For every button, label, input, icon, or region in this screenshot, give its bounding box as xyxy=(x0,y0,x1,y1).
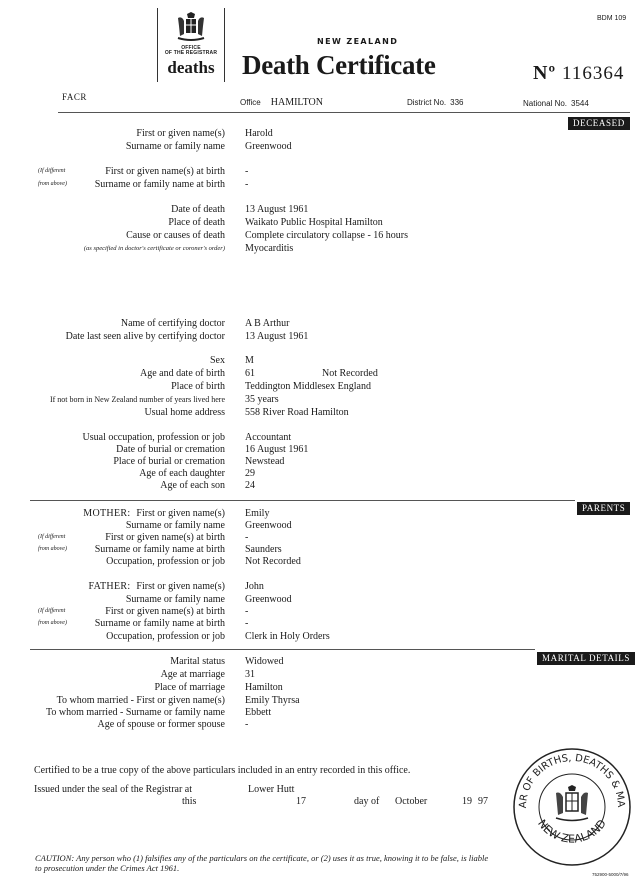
field-place-of-death: Place of death Waikato Public Hospital H… xyxy=(0,216,640,229)
marital-age: Age at marriage 31 xyxy=(0,668,640,681)
field-home-address: Usual home address 558 River Road Hamilt… xyxy=(0,406,640,419)
field-sex: Sex M xyxy=(0,354,640,367)
marital-divider xyxy=(30,649,535,650)
father-occupation: Occupation, profession or job Clerk in H… xyxy=(0,630,640,643)
office-field: Office HAMILTON xyxy=(240,92,323,110)
parents-divider xyxy=(30,500,575,501)
field-surname: Surname or family name Greenwood xyxy=(0,140,640,153)
issue-year: 97 xyxy=(478,796,488,807)
field-date-last-seen: Date last seen alive by certifying docto… xyxy=(0,330,640,343)
caution-notice: CAUTION: Any person who (1) falsifies an… xyxy=(35,853,490,873)
registrar-logo: OFFICE OF THE REGISTRAR deaths xyxy=(157,8,225,82)
seal-icon: REGISTRAR OF BIRTHS, DEATHS & MARRIAGES … xyxy=(510,745,634,869)
field-doctor-name: Name of certifying doctor A B Arthur xyxy=(0,317,640,330)
national-field: National No. 3544 xyxy=(523,93,589,111)
father-surname-birth: from above) Surname or family name at bi… xyxy=(0,617,640,630)
field-surname-birth: from above) Surname or family name at bi… xyxy=(0,178,640,191)
issue-day: 17 xyxy=(296,796,306,807)
certification-statement: Certified to be a true copy of the above… xyxy=(34,765,410,776)
cert-no-value: 116364 xyxy=(562,63,624,84)
national-value: 3544 xyxy=(571,99,589,108)
field-cause-of-death: Cause or causes of death Complete circul… xyxy=(0,229,640,242)
district-field: District No. 336 xyxy=(407,92,463,110)
district-value: 336 xyxy=(450,98,463,107)
field-age-dob: Age and date of birth 61 Not Recorded xyxy=(0,367,640,380)
country-heading: NEW ZEALAND xyxy=(317,37,398,46)
document-title: Death Certificate xyxy=(242,50,436,81)
facr-code: FACR xyxy=(62,92,87,102)
issued-place: Lower Hutt xyxy=(248,784,294,795)
header-divider xyxy=(58,112,630,113)
field-first-name-birth: (If different First or given name(s) at … xyxy=(0,165,640,178)
office-label: Office xyxy=(240,98,261,107)
issued-label: Issued under the seal of the Registrar a… xyxy=(34,784,192,795)
field-place-of-birth: Place of birth Teddington Middlesex Engl… xyxy=(0,380,640,393)
national-label: National No. xyxy=(523,99,567,108)
cert-no-label: Nº xyxy=(533,62,556,84)
marital-spouse-age: Age of spouse or former spouse - xyxy=(0,718,640,731)
form-code: BDM 109 xyxy=(597,15,626,22)
marital-place: Place of marriage Hamilton xyxy=(0,681,640,694)
field-first-name: First or given name(s) Harold xyxy=(0,127,640,140)
field-sons: Age of each son 24 xyxy=(0,479,640,492)
issue-month: October xyxy=(395,796,427,807)
seal-bottom-text: NEW ZEALAND xyxy=(535,817,609,845)
field-years-in-nz: If not born in New Zealand number of yea… xyxy=(0,393,640,406)
coat-of-arms-icon xyxy=(556,785,588,821)
form-footer-code: 752900-5000/7/96 xyxy=(592,872,629,877)
father-first-name: FATHER:First or given name(s) John xyxy=(0,580,640,593)
field-cause-of-death-2: (as specified in doctor's certificate or… xyxy=(0,242,640,255)
mother-occupation: Occupation, profession or job Not Record… xyxy=(0,555,640,568)
day-of-label: day of xyxy=(354,796,379,807)
logo-word: deaths xyxy=(158,58,224,78)
logo-registrar-text: OF THE REGISTRAR xyxy=(158,51,224,56)
district-label: District No. xyxy=(407,98,446,107)
seal-top-text: REGISTRAR OF BIRTHS, DEATHS & MARRIAGES xyxy=(510,745,626,809)
this-label: this xyxy=(182,796,196,807)
issue-century: 19 xyxy=(462,796,472,807)
marital-status: Marital status Widowed xyxy=(0,655,640,668)
certificate-number: Nº116364 xyxy=(533,62,624,85)
field-date-of-death: Date of death 13 August 1961 xyxy=(0,203,640,216)
office-value: HAMILTON xyxy=(271,97,323,108)
coat-of-arms-icon xyxy=(174,12,208,46)
registrar-seal: REGISTRAR OF BIRTHS, DEATHS & MARRIAGES … xyxy=(510,745,634,874)
